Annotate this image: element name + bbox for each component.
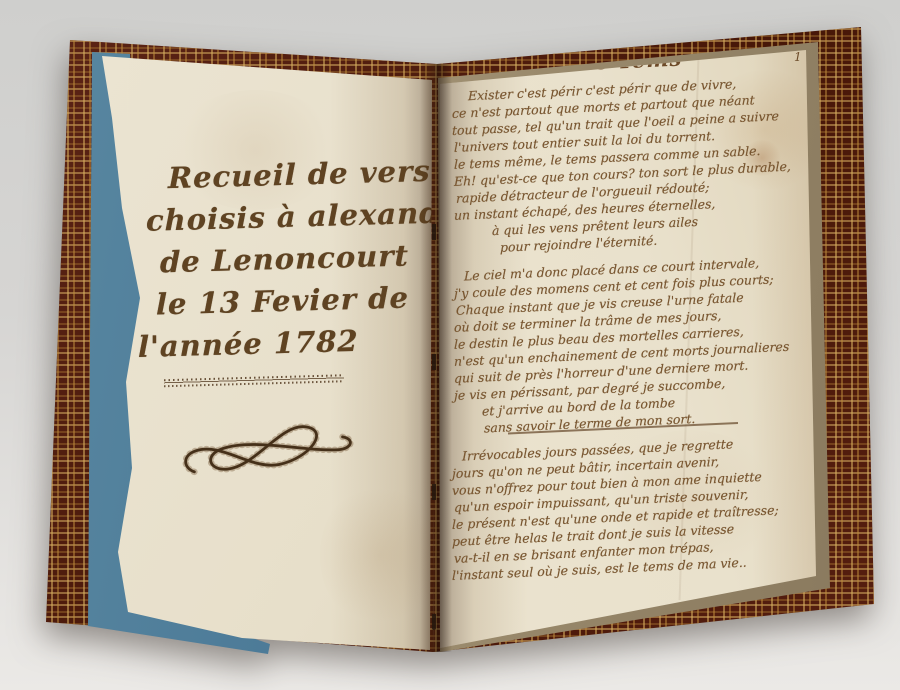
- poem-text: Ode. Le Tems Exister c'est périr c'est p…: [452, 40, 794, 594]
- flourish-ornament: [176, 414, 360, 480]
- title-line: le 13 Fevier de: [156, 275, 450, 325]
- title-line: l'année 1782: [138, 317, 450, 368]
- photo-background: 1 Ode. Le Tems Exister c'est périr c'est…: [0, 0, 900, 690]
- book-gutter: [420, 64, 452, 652]
- spine-stitching: [432, 110, 436, 630]
- title-text: Recueil de verschoisis à alexandrinede L…: [138, 149, 450, 388]
- dotted-rule: [164, 374, 344, 387]
- poem-stanza-3: Irrévocables jours passées, que je regre…: [452, 432, 794, 584]
- poem-stanza-1: Exister c'est périr c'est périr que de v…: [452, 72, 794, 258]
- title-lines: Recueil de verschoisis à alexandrinede L…: [138, 149, 450, 368]
- open-book: 1 Ode. Le Tems Exister c'est périr c'est…: [0, 0, 900, 690]
- poem-stanza-2: Le ciel m'a donc placé dans ce court int…: [452, 252, 794, 438]
- page-number: 1: [794, 50, 802, 64]
